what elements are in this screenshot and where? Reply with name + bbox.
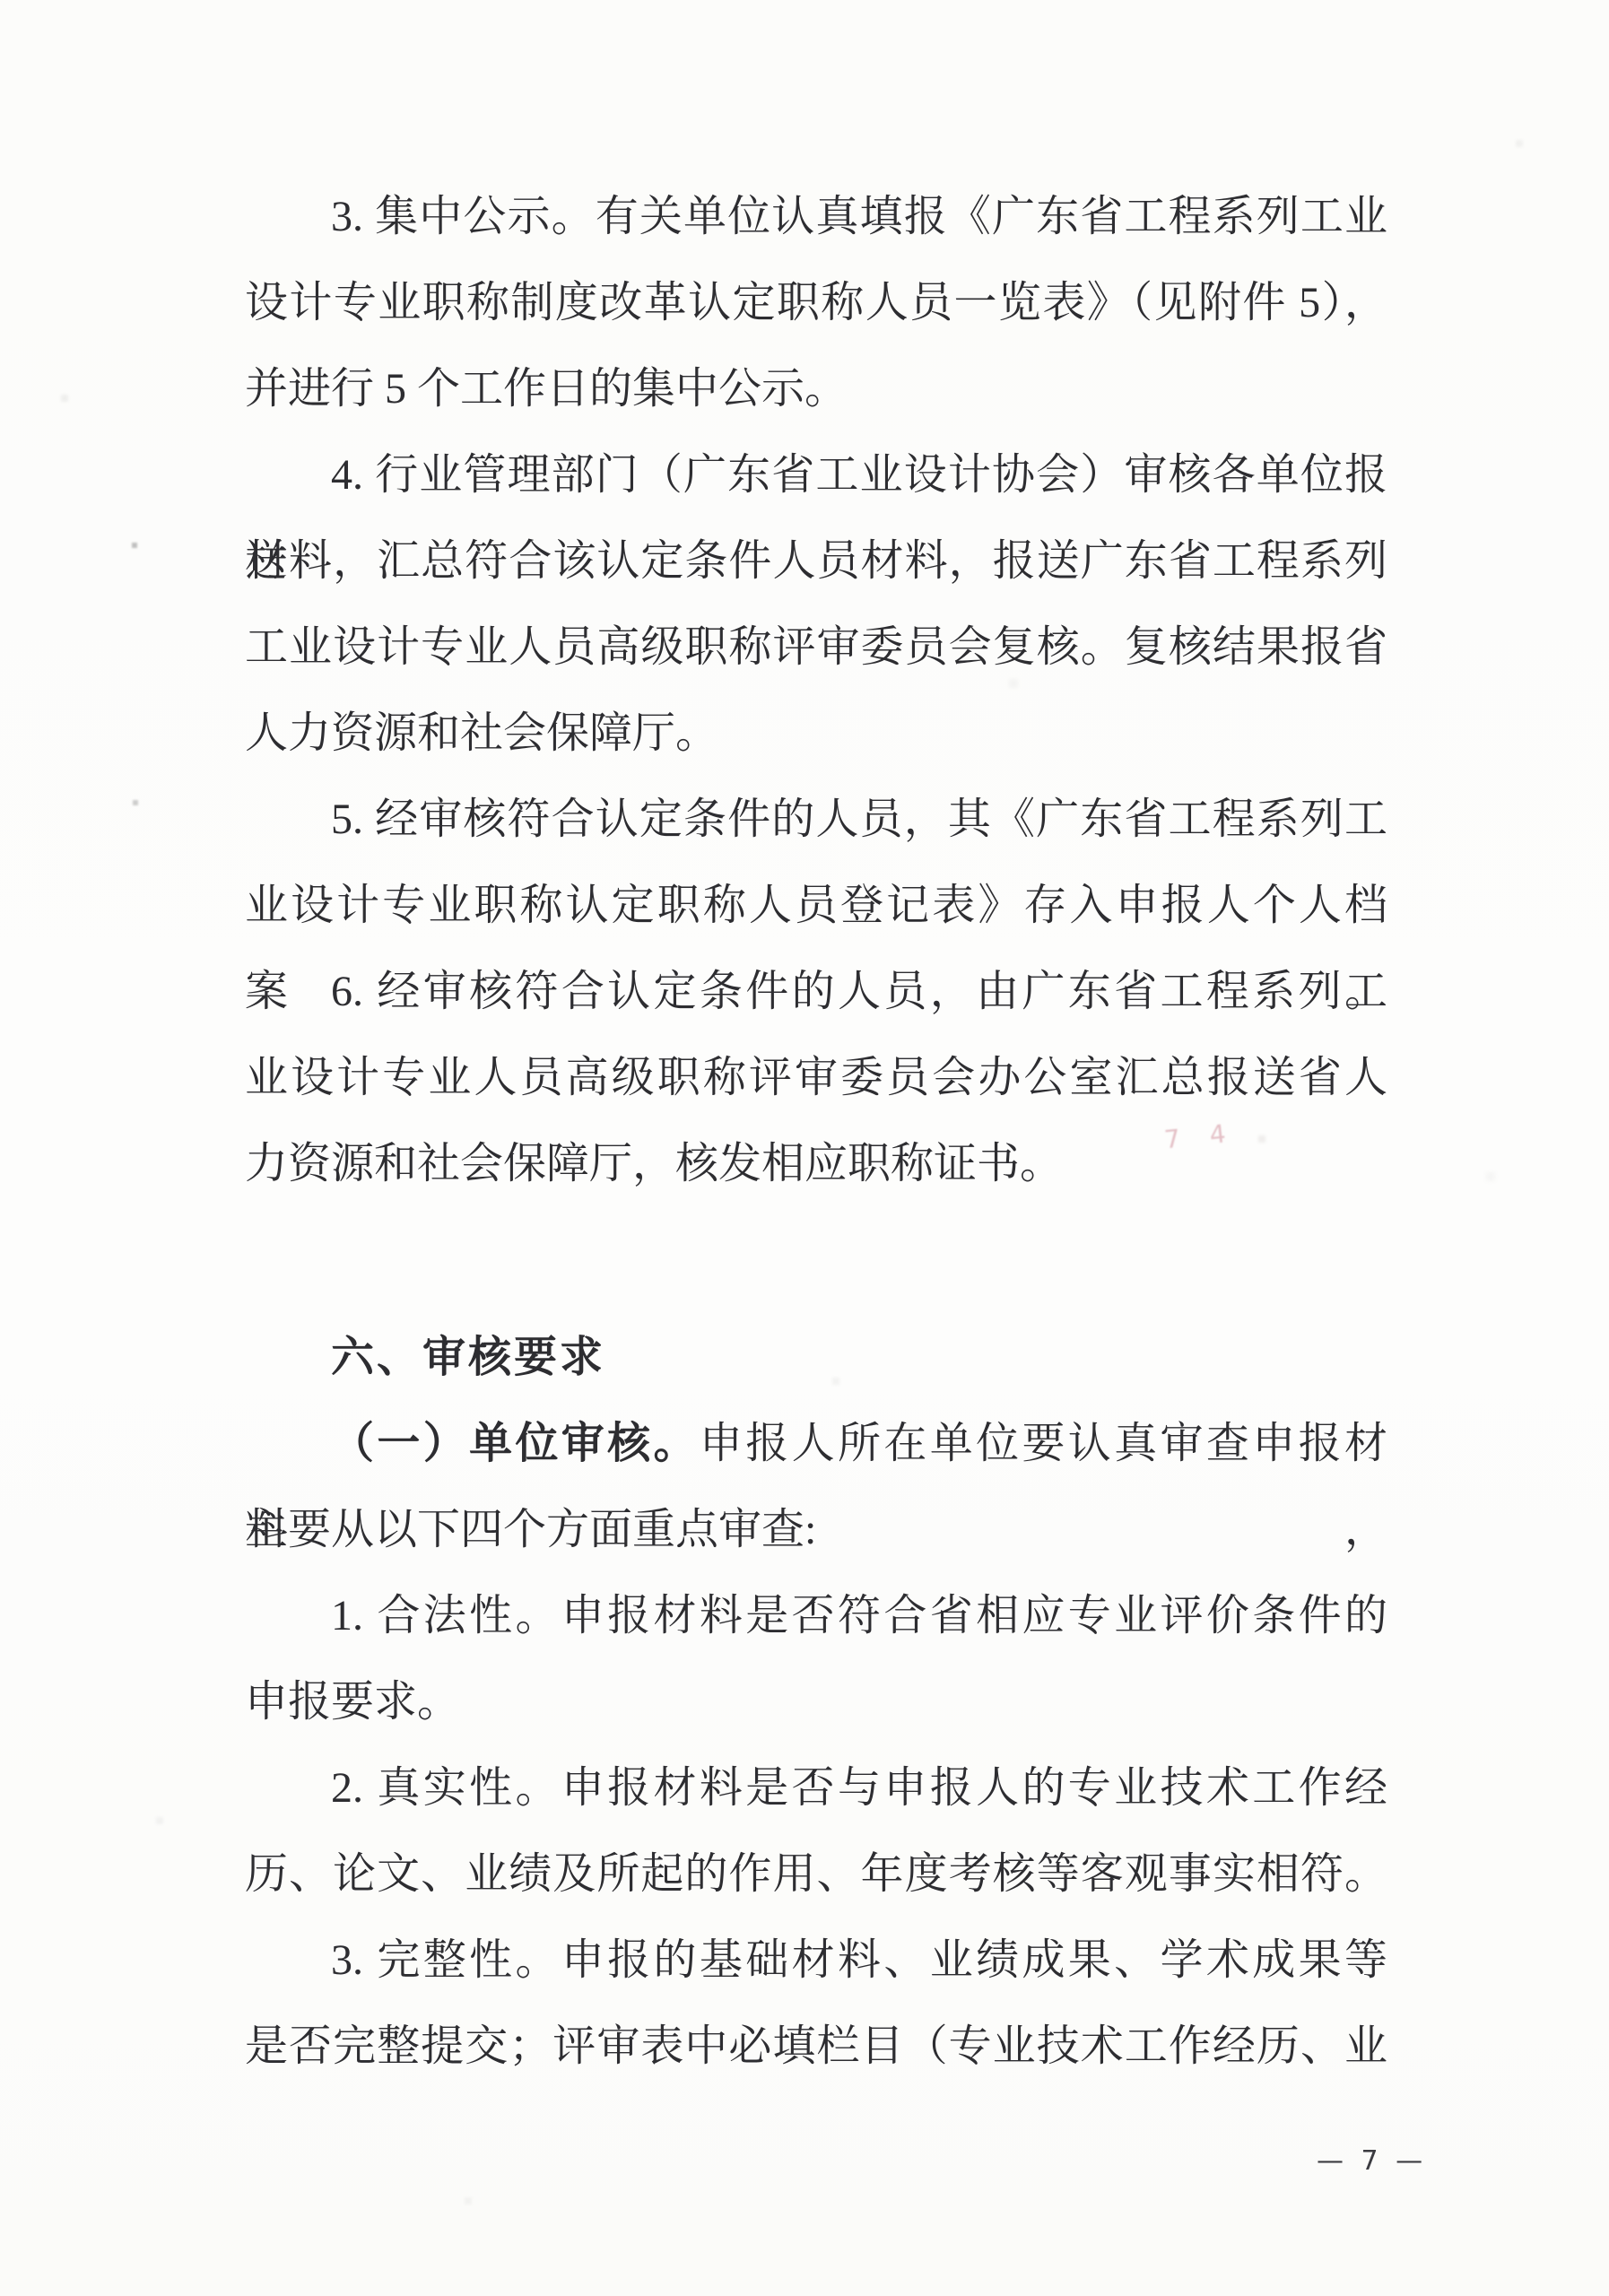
bold-lead: （一）单位审核。 xyxy=(331,1420,700,1467)
text-line: （一）单位审核。申报人所在单位要认真审查申报材料， xyxy=(245,1401,1387,1487)
text-line: 历、论文、业绩及所起的作用、年度考核等客观事实相符。 xyxy=(245,1831,1387,1918)
text-line: 是否完整提交；评审表中必填栏目（专业技术工作经历、业 xyxy=(245,2004,1387,2090)
text-line: 3. 集中公示。有关单位认真填报《广东省工程系列工业 xyxy=(245,174,1387,260)
text-line: 3. 完整性。申报的基础材料、业绩成果、学术成果等 xyxy=(245,1918,1387,2004)
scan-noise xyxy=(0,0,4,4)
section-heading: 六、审核要求 xyxy=(245,1315,1387,1401)
text-line: 5. 经审核符合认定条件的人员，其《广东省工程系列工 xyxy=(245,777,1387,863)
text-line: 材料，汇总符合该认定条件人员材料，报送广东省工程系列 xyxy=(245,518,1387,604)
page-number: — 7 — xyxy=(1317,2145,1427,2177)
text-line: 2. 真实性。申报材料是否与申报人的专业技术工作经 xyxy=(245,1745,1387,1831)
text-line: 并进行 5 个工作日的集中公示。 xyxy=(245,346,1387,432)
document-page: 3. 集中公示。有关单位认真填报《广东省工程系列工业设计专业职称制度改革认定职称… xyxy=(0,0,1609,2296)
text-line: 申报要求。 xyxy=(245,1659,1387,1745)
text-line: 4. 行业管理部门（广东省工业设计协会）审核各单位报送 xyxy=(245,432,1387,518)
text-line: 业设计专业职称认定职称人员登记表》存入申报人个人档案。 xyxy=(245,863,1387,949)
text-line: 工业设计专业人员高级职称评审委员会复核。复核结果报省 xyxy=(245,604,1387,691)
text-line: 6. 经审核符合认定条件的人员，由广东省工程系列工 xyxy=(245,949,1387,1035)
text-line: 设计专业职称制度改革认定职称人员一览表》（见附件 5）， xyxy=(245,260,1387,346)
text-line: 人力资源和社会保障厅。 xyxy=(245,691,1387,777)
text-line: 1. 合法性。申报材料是否符合省相应专业评价条件的 xyxy=(245,1573,1387,1659)
text-line: 业设计专业人员高级职称评审委员会办公室汇总报送省人 xyxy=(245,1035,1387,1121)
